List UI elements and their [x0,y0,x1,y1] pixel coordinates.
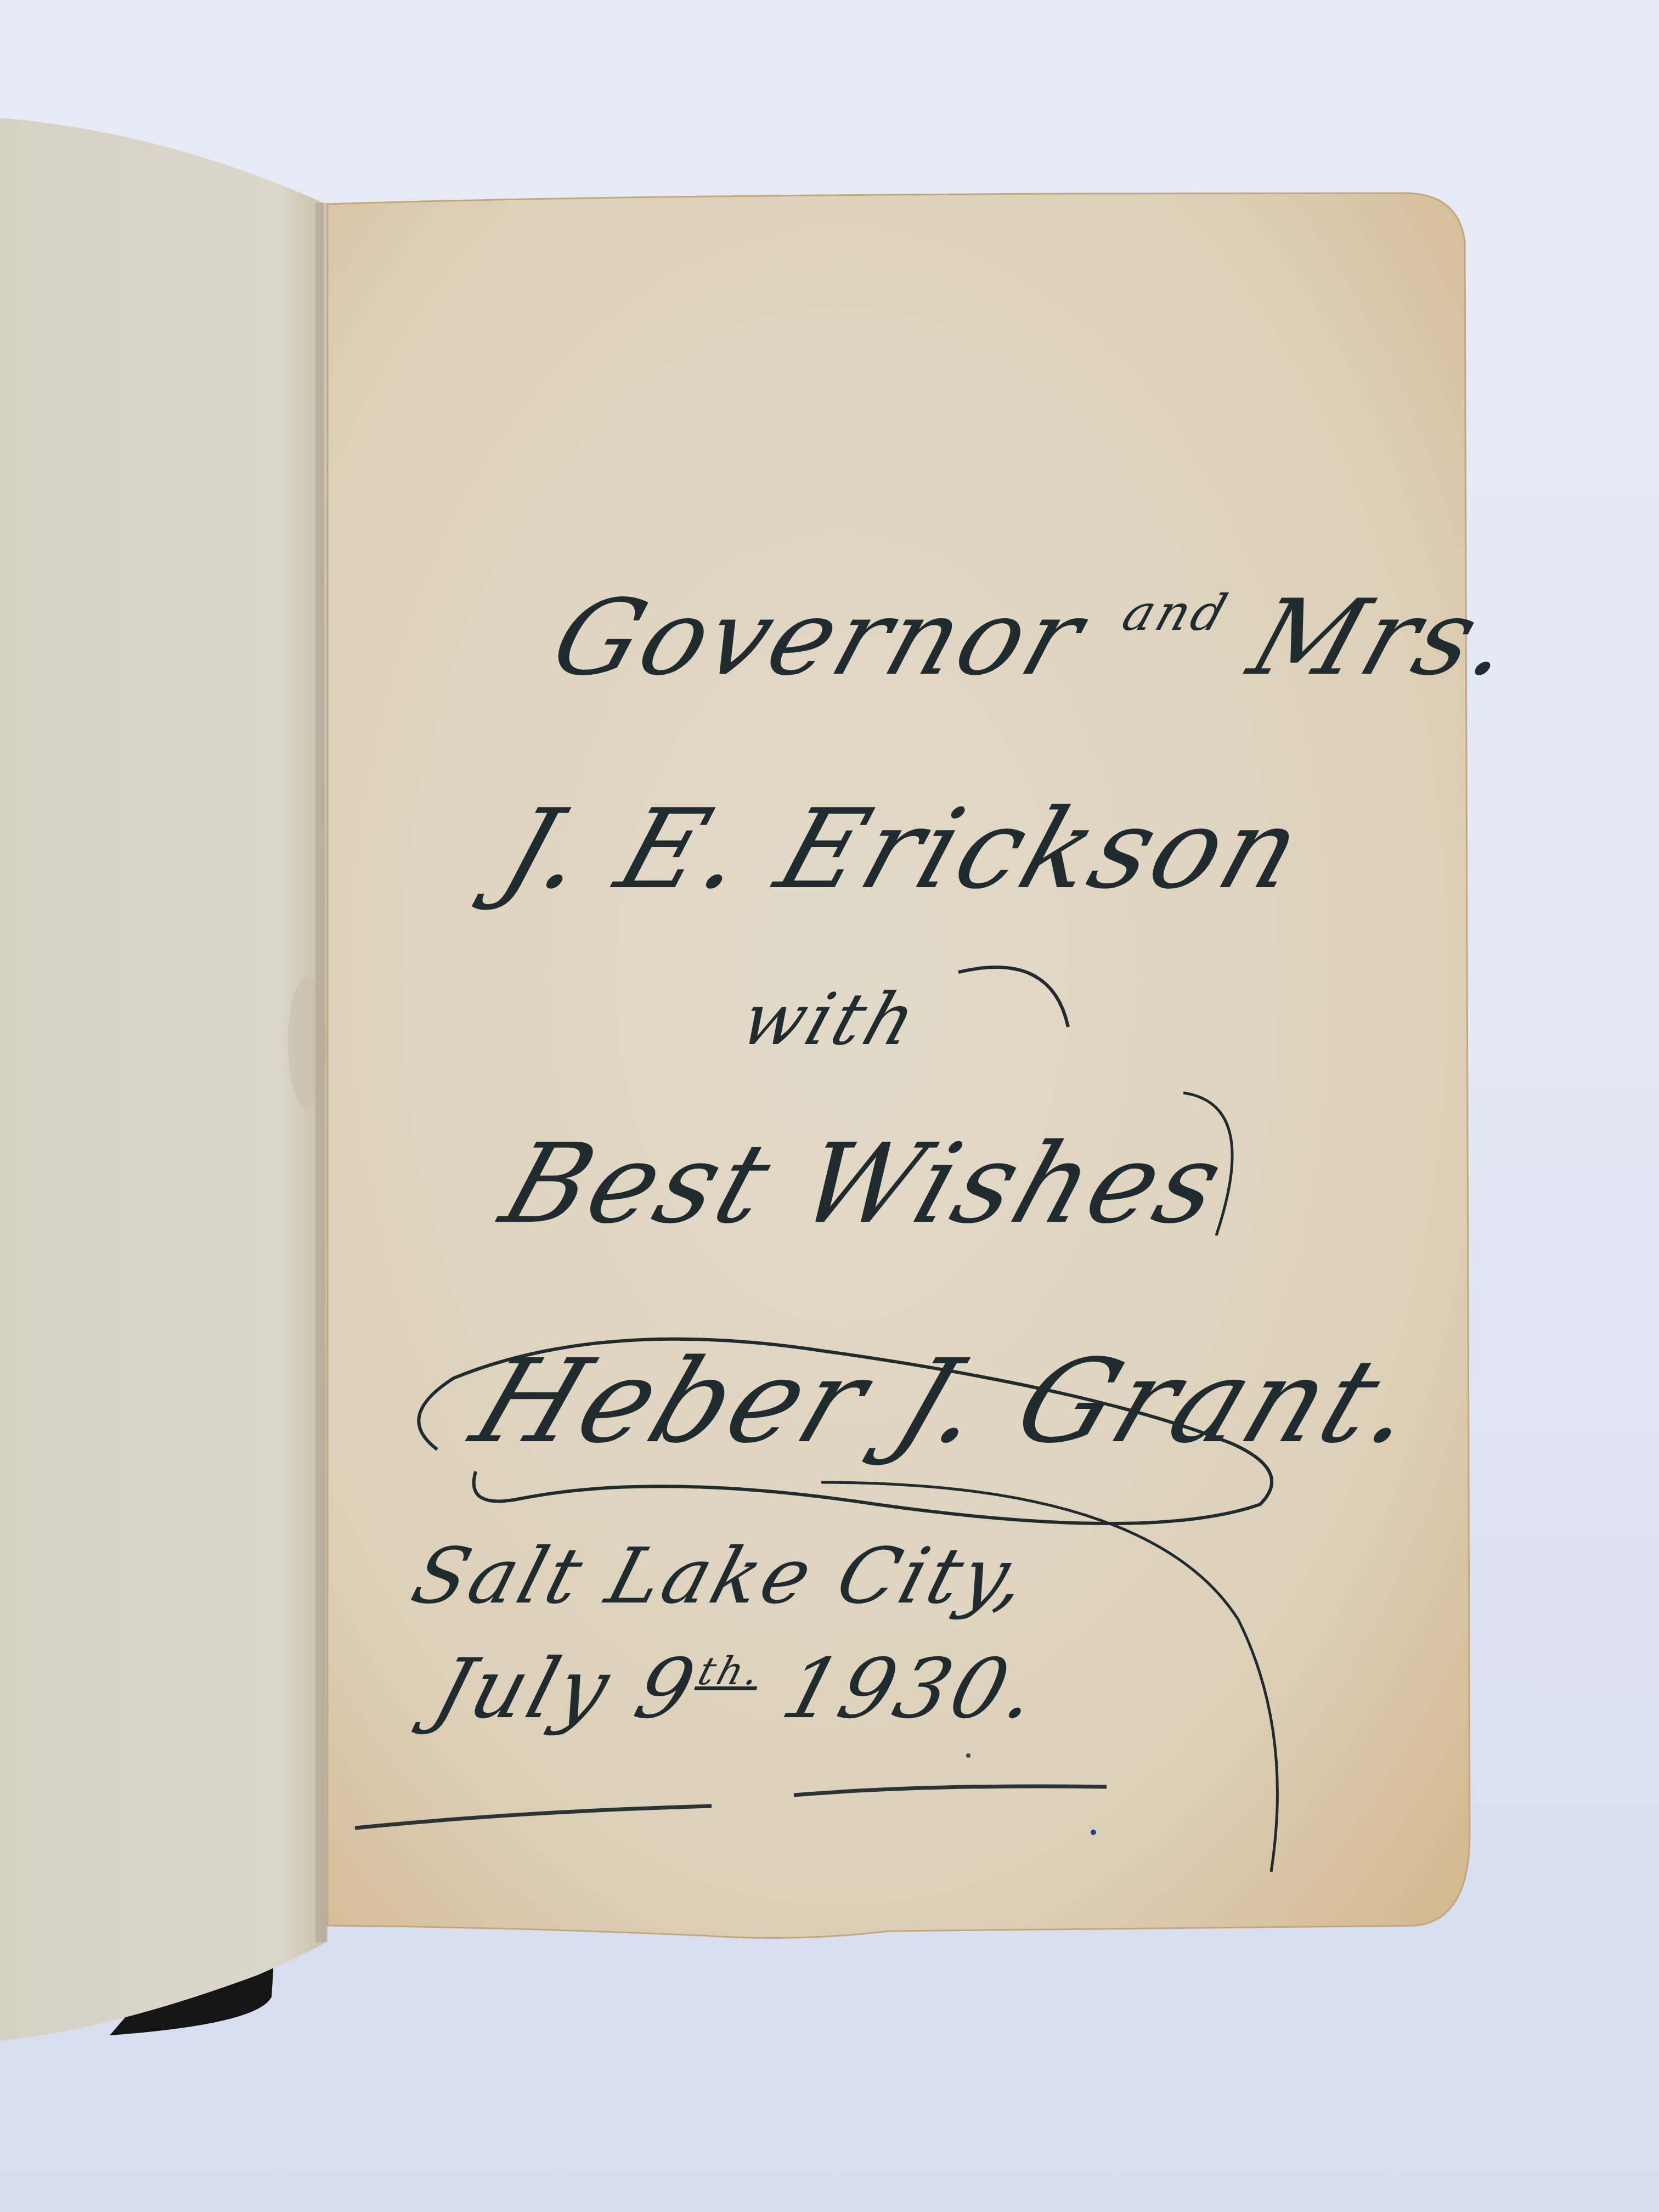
photo-scene: Governor and Mrs. J. E. Erickson with Be… [0,0,1659,2212]
open-book [0,0,1659,2212]
right-page [328,193,1470,1938]
left-page [0,118,326,2041]
